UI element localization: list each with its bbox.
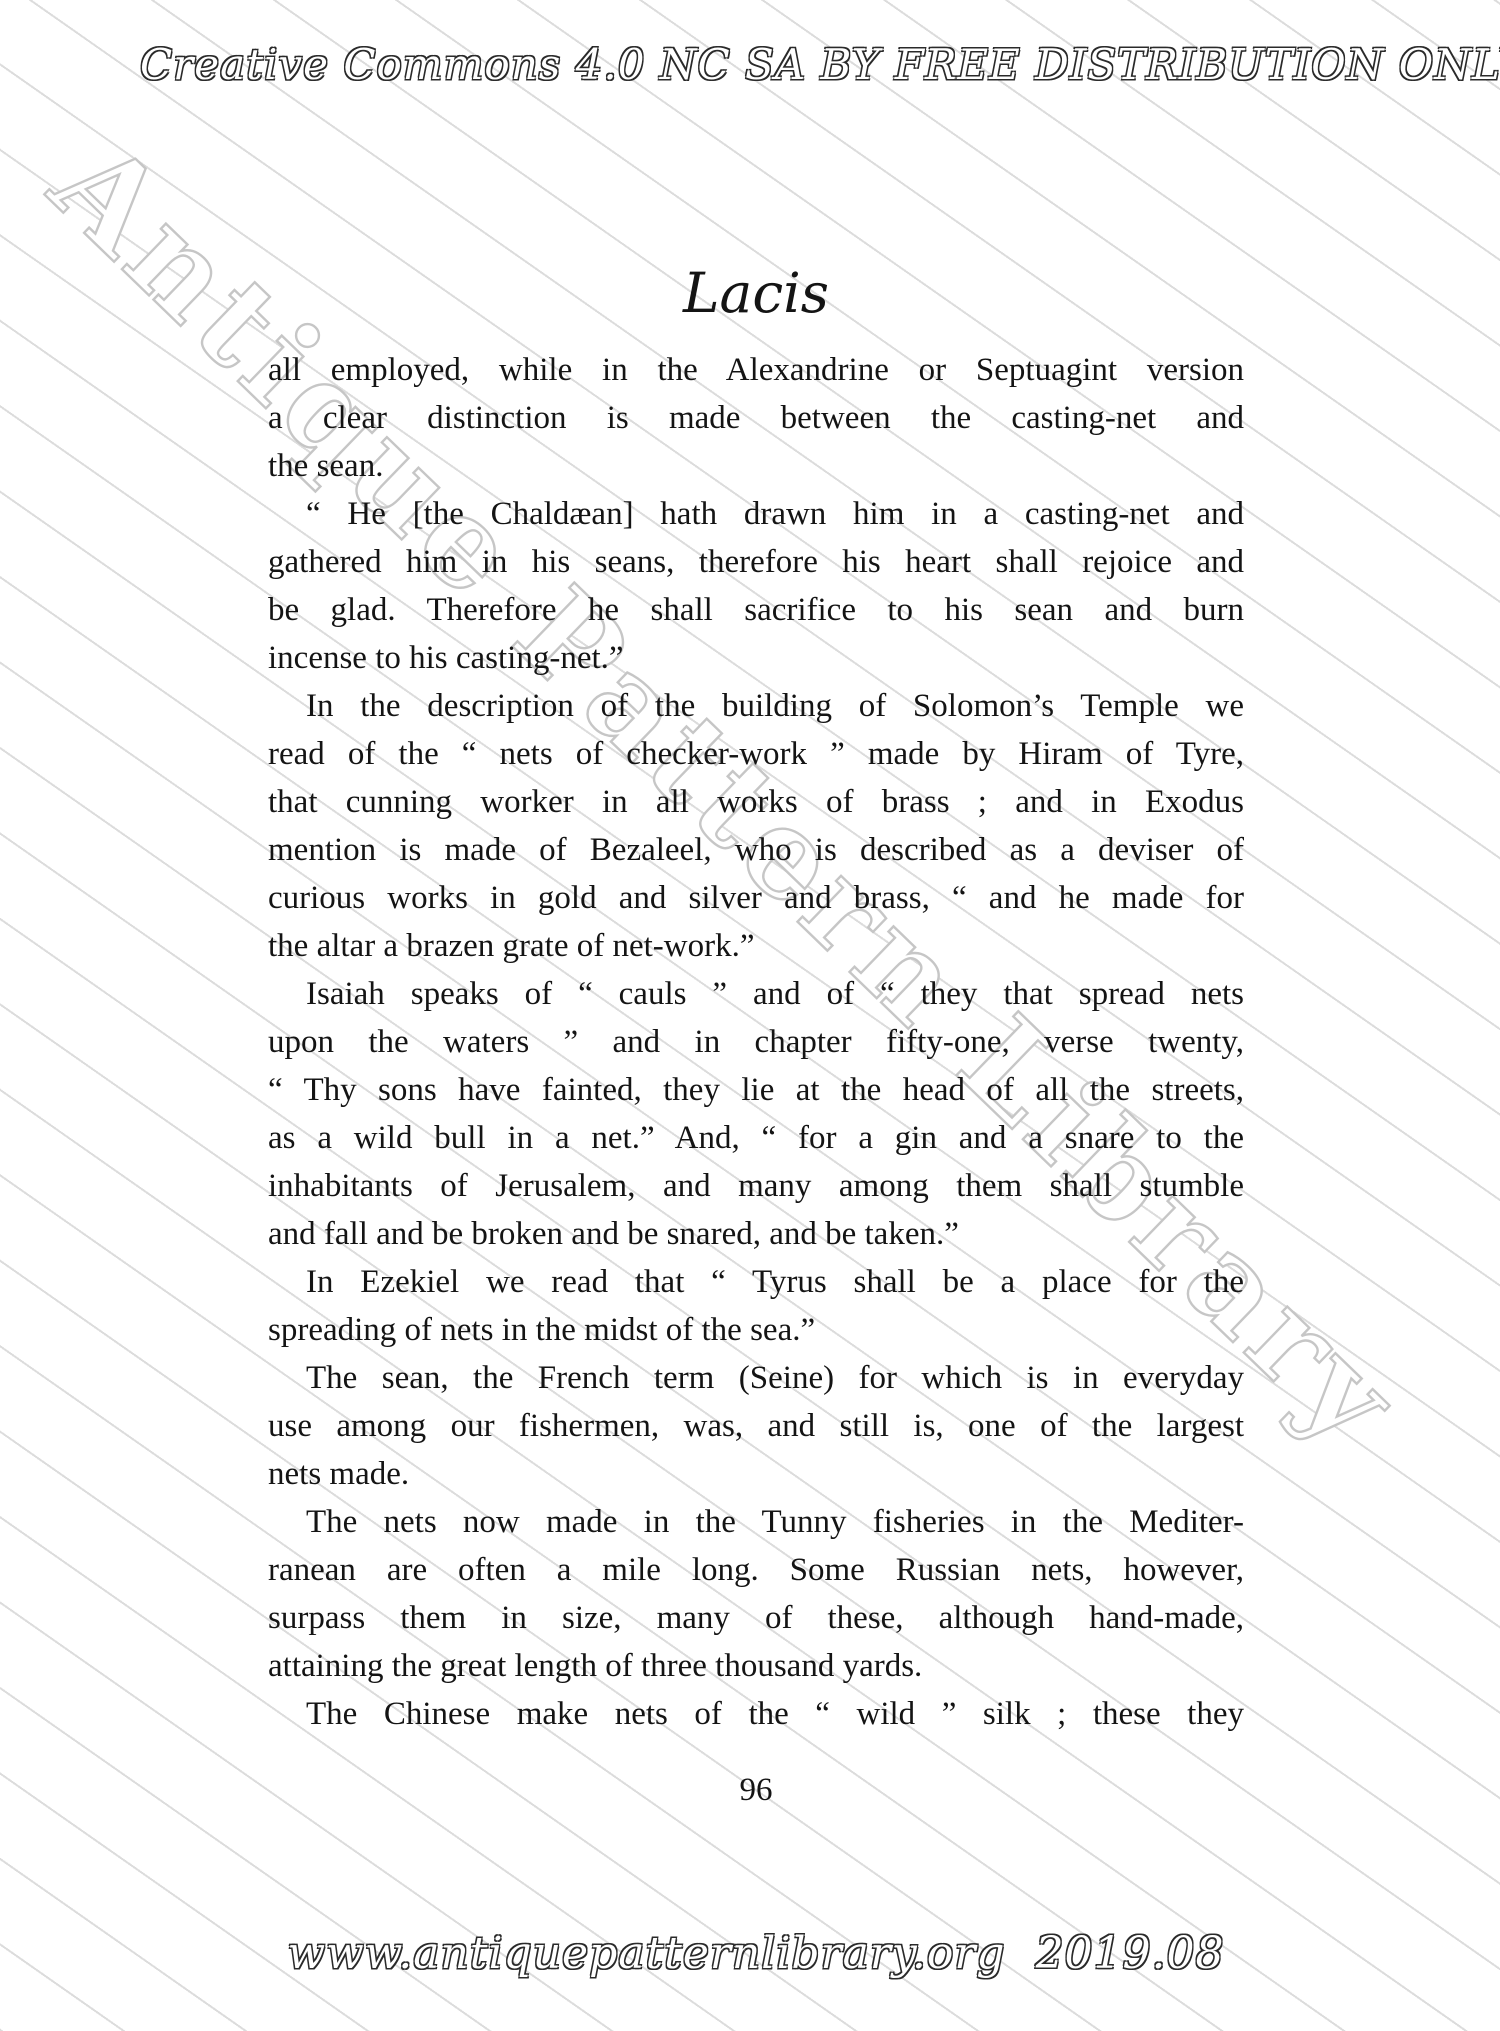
scanned-book-page: Antique Pattern Library Creative Commons… [0, 0, 1500, 2031]
page-number: 96 [268, 1766, 1244, 1814]
text-line: In the description of the building of So… [268, 682, 1244, 730]
text-line: use among our fishermen, was, and still … [268, 1402, 1244, 1450]
text-line: spreading of nets in the midst of the se… [268, 1306, 1244, 1354]
text-line: nets made. [268, 1450, 1244, 1498]
text-line: a clear distinction is made between the … [268, 394, 1244, 442]
text-line: gathered him in his seans, therefore his… [268, 538, 1244, 586]
text-line: In Ezekiel we read that “ Tyrus shall be… [268, 1258, 1244, 1306]
text-line: and fall and be broken and be snared, an… [268, 1210, 1244, 1258]
footer-edition: 2019.08 [1036, 1928, 1225, 1979]
text-line: upon the waters ” and in chapter fifty-o… [268, 1018, 1244, 1066]
footer-credit: www.antiquepatternlibrary.org2019.08 [268, 1928, 1244, 1979]
page-title: Lacis [268, 258, 1244, 328]
text-line: The nets now made in the Tunny fisheries… [268, 1498, 1244, 1546]
text-line: Isaiah speaks of “ cauls ” and of “ they… [268, 970, 1244, 1018]
text-line: all employed, while in the Alexandrine o… [268, 346, 1244, 394]
text-line: “ He [the Chaldæan] hath drawn him in a … [268, 490, 1244, 538]
text-line: the altar a brazen grate of net-work.” [268, 922, 1244, 970]
text-line: that cunning worker in all works of bras… [268, 778, 1244, 826]
text-line: the sean. [268, 442, 1244, 490]
text-line: as a wild bull in a net.” And, “ for a g… [268, 1114, 1244, 1162]
text-line: curious works in gold and silver and bra… [268, 874, 1244, 922]
footer-url-text: www.antiquepatternlibrary.org [287, 1928, 1005, 1979]
text-line: attaining the great length of three thou… [268, 1642, 1244, 1690]
text-line: mention is made of Bezaleel, who is desc… [268, 826, 1244, 874]
text-line: ranean are often a mile long. Some Russi… [268, 1546, 1244, 1594]
text-line: incense to his casting-net.” [268, 634, 1244, 682]
license-notice: Creative Commons 4.0 NC SA BY FREE DISTR… [140, 40, 1150, 89]
text-line: inhabitants of Jerusalem, and many among… [268, 1162, 1244, 1210]
text-line: be glad. Therefore he shall sacrifice to… [268, 586, 1244, 634]
text-line: The sean, the French term (Seine) for wh… [268, 1354, 1244, 1402]
text-line: The Chinese make nets of the “ wild ” si… [268, 1690, 1244, 1738]
text-line: read of the “ nets of checker-work ” mad… [268, 730, 1244, 778]
body-text: all employed, while in the Alexandrine o… [268, 346, 1244, 1738]
text-line: surpass them in size, many of these, alt… [268, 1594, 1244, 1642]
text-line: “ Thy sons have fainted, they lie at the… [268, 1066, 1244, 1114]
